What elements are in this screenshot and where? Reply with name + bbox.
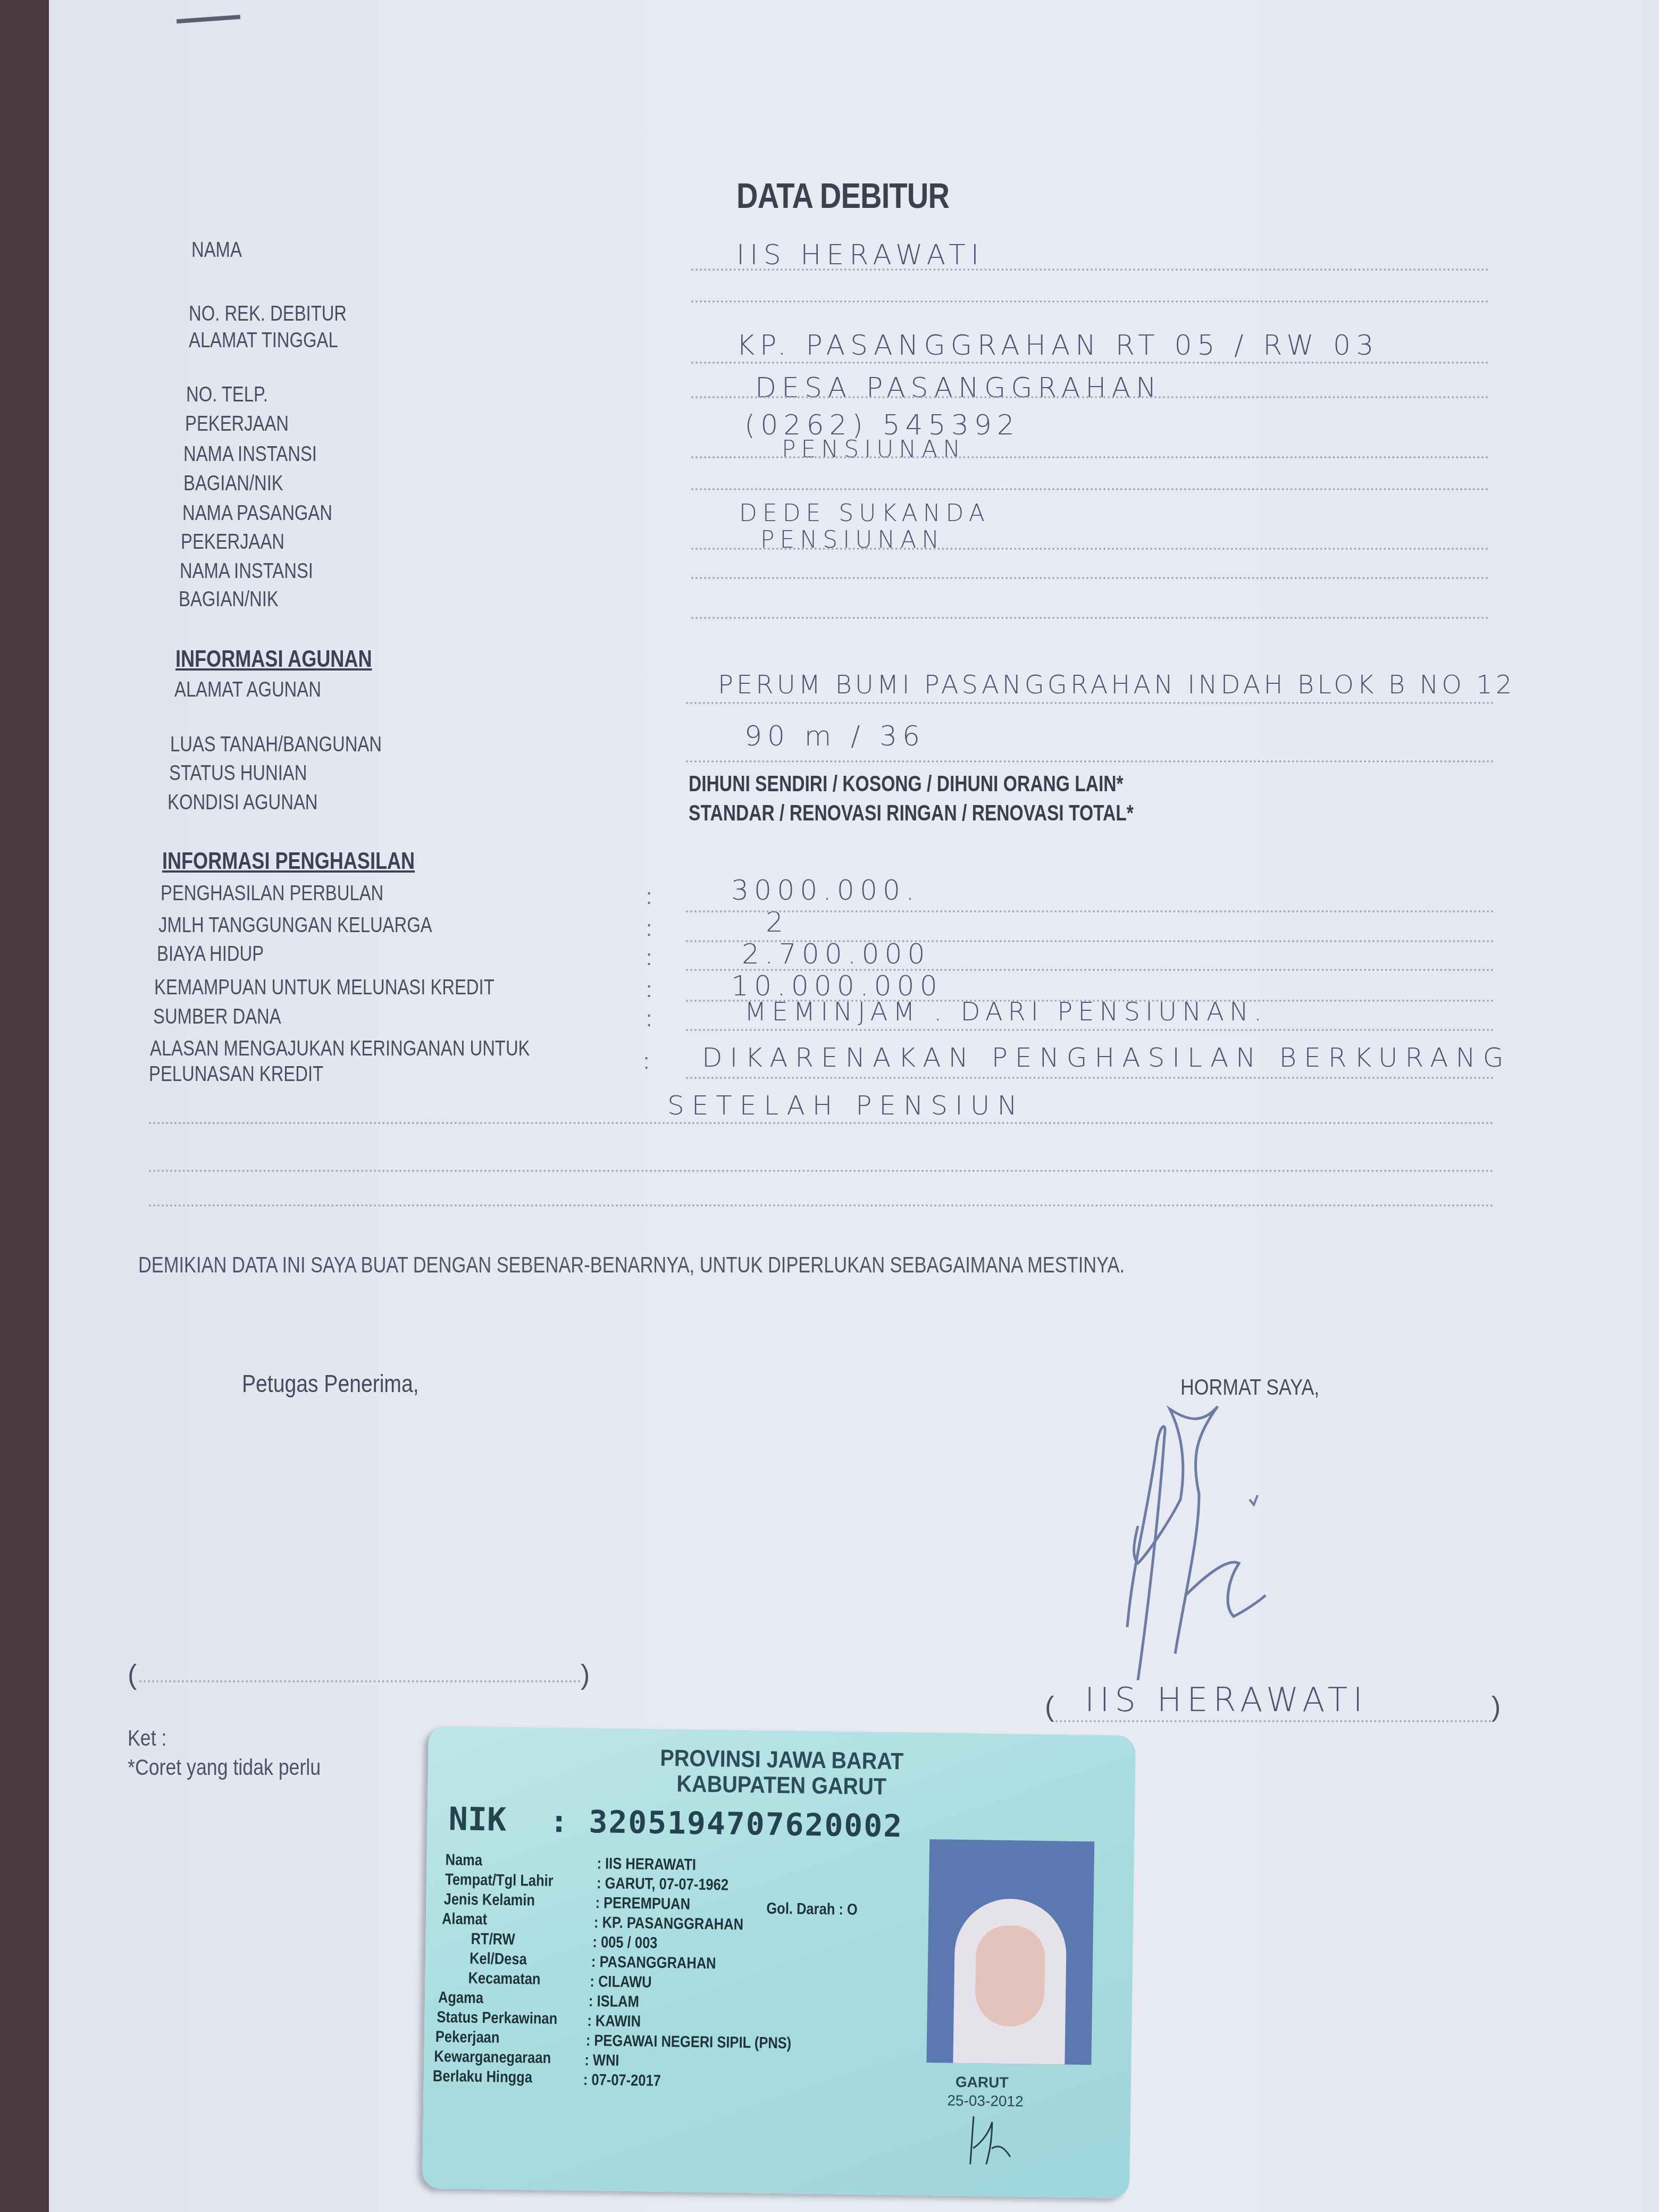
- label-instansi-pasangan: NAMA INSTANSI: [180, 559, 313, 583]
- label-perbulan: PENGHASILAN PERBULAN: [161, 882, 383, 906]
- field-line: [691, 488, 1489, 490]
- pen-mark: [177, 15, 240, 23]
- label-tanggungan: JMLH TANGGUNGAN KELUARGA: [158, 914, 432, 937]
- label-luas: LUAS TANAH/BANGUNAN: [170, 733, 382, 757]
- label-pelunasan: PELUNASAN KREDIT: [149, 1062, 323, 1086]
- ktp-field-label: Jenis Kelamin: [443, 1890, 535, 1909]
- ktp-field-value: : KP. PASANGGRAHAN: [594, 1914, 743, 1934]
- colon: :: [643, 1050, 649, 1074]
- ktp-field-label: Berlaku Hingga: [433, 2067, 533, 2087]
- ktp-blood-type: Gol. Darah : O: [766, 1900, 858, 1919]
- ktp-field-label: Tempat/Tgl Lahir: [445, 1871, 554, 1890]
- ktp-field-label: Kewarganegaraan: [434, 2048, 551, 2067]
- label-nama: NAMA: [191, 238, 242, 262]
- label-bagian-pasangan: BAGIAN/NIK: [179, 588, 279, 611]
- value-status-hunian: DIHUNI SENDIRI / KOSONG / DIHUNI ORANG L…: [689, 771, 1124, 797]
- value-nama: IIS HERAWATI: [736, 239, 984, 271]
- petugas-signature-line: [139, 1680, 581, 1682]
- value-pekerjaan: PENSIUNAN: [782, 436, 966, 463]
- field-line: [691, 456, 1489, 458]
- signer-name: IIS HERAWATI: [1085, 1680, 1368, 1719]
- label-biaya-hidup: BIAYA HIDUP: [157, 942, 264, 966]
- petugas-penerima-label: Petugas Penerima,: [242, 1369, 419, 1398]
- ktp-field-value: : CILAWU: [590, 1973, 652, 1992]
- value-nama-pasangan: DEDE SUKANDA: [739, 500, 990, 527]
- petugas-bracket-open: (: [128, 1659, 137, 1691]
- ktp-field-value: : ISLAM: [589, 1992, 639, 2011]
- field-line: [691, 300, 1489, 303]
- declaration-statement: DEMIKIAN DATA INI SAYA BUAT DENGAN SEBEN…: [138, 1252, 1125, 1278]
- field-line: [686, 760, 1494, 763]
- photo-face: [975, 1925, 1045, 2027]
- label-nama-pasangan: NAMA PASANGAN: [182, 501, 332, 525]
- ktp-field-label: Nama: [445, 1851, 482, 1870]
- field-line: [686, 702, 1494, 704]
- colon: :: [646, 1008, 652, 1032]
- ktp-field-value: : WNI: [584, 2051, 619, 2070]
- signature-image: [1106, 1404, 1351, 1691]
- label-alamat-agunan: ALAMAT AGUNAN: [174, 678, 321, 702]
- ktp-field-label: Kel/Desa: [470, 1950, 527, 1969]
- field-line: [149, 1204, 1494, 1206]
- field-line: [686, 910, 1494, 912]
- section-penghasilan-heading: INFORMASI PENGHASILAN: [162, 848, 415, 875]
- field-line: [691, 269, 1489, 271]
- value-perbulan: 3000.000.: [731, 875, 920, 907]
- label-sumber-dana: SUMBER DANA: [153, 1005, 281, 1029]
- value-alamat-2: DESA PASANGGRAHAN: [755, 372, 1162, 404]
- colon: :: [646, 978, 652, 1002]
- ktp-field-label: Kecamatan: [468, 1970, 541, 1989]
- field-line: [149, 1122, 1494, 1124]
- petugas-bracket-close: ): [581, 1659, 590, 1691]
- ktp-field-value: : GARUT, 07-07-1962: [597, 1874, 728, 1894]
- signer-bracket-open: (: [1045, 1691, 1054, 1723]
- ktp-field-label: Pekerjaan: [435, 2028, 500, 2047]
- field-line: [686, 1077, 1494, 1079]
- ktp-field-label: Alamat: [442, 1910, 488, 1929]
- ket-note: *Coret yang tidak perlu: [128, 1755, 321, 1780]
- ktp-issue-date: 25-03-2012: [947, 2092, 1024, 2110]
- label-kemampuan: KEMAMPUAN UNTUK MELUNASI KREDIT: [154, 976, 495, 1000]
- ktp-field-value: : 005 / 003: [592, 1933, 657, 1953]
- field-line: [686, 1029, 1494, 1031]
- ktp-field-value: : IIS HERAWATI: [597, 1855, 696, 1874]
- ket-label: Ket :: [128, 1725, 166, 1751]
- section-agunan-heading: INFORMASI AGUNAN: [175, 646, 372, 673]
- ktp-field-label: RT/RW: [471, 1930, 515, 1949]
- value-alasan-1: DIKARENAKAN PENGHASILAN BERKURANG: [702, 1042, 1511, 1073]
- ktp-field-value: : 07-07-2017: [583, 2071, 661, 2090]
- value-kondisi: STANDAR / RENOVASI RINGAN / RENOVASI TOT…: [689, 800, 1134, 826]
- field-line: [686, 1000, 1494, 1002]
- ktp-signature: [960, 2111, 1041, 2171]
- ktp-nik-label: NIK: [448, 1800, 506, 1839]
- ktp-field-value: : PEGAWAI NEGERI SIPIL (PNS): [586, 2032, 792, 2052]
- label-nama-instansi: NAMA INSTANSI: [183, 442, 317, 466]
- label-pekerjaan: PEKERJAAN: [185, 412, 289, 436]
- page-title: DATA DEBITUR: [736, 175, 949, 216]
- value-alamat-agunan: PERUM BUMI PASANGGRAHAN INDAH BLOK B NO …: [718, 670, 1515, 700]
- label-telp: NO. TELP.: [186, 383, 268, 407]
- label-pekerjaan-pasangan: PEKERJAAN: [181, 530, 284, 554]
- value-biaya-hidup: 2.700.000: [742, 939, 931, 970]
- ktp-issue-city: GARUT: [956, 2074, 1009, 2091]
- ktp-field-value: : PASANGGRAHAN: [591, 1953, 716, 1973]
- ktp-field-label: Agama: [438, 1989, 484, 2007]
- label-no-rek: NO. REK. DEBITUR: [189, 302, 347, 326]
- label-alamat: ALAMAT TINGGAL: [189, 329, 338, 353]
- label-kondisi: KONDISI AGUNAN: [167, 791, 318, 815]
- field-line: [686, 969, 1494, 971]
- value-alamat-1: KP. PASANGGRAHAN RT 05 / RW 03: [736, 330, 1379, 362]
- ktp-nik-value: : 3205194707620002: [549, 1803, 903, 1844]
- hormat-saya-label: HORMAT SAYA,: [1180, 1375, 1319, 1400]
- colon: :: [646, 885, 652, 909]
- label-alasan: ALASAN MENGAJUKAN KERINGANAN UNTUK: [150, 1037, 530, 1061]
- colon: :: [646, 946, 652, 970]
- field-line: [691, 396, 1489, 398]
- field-line: [691, 548, 1489, 550]
- ktp-field-value: : KAWIN: [587, 2012, 641, 2031]
- value-alasan-2: SETELAH PENSIUN: [667, 1090, 1025, 1121]
- ktp-field-label: Status Perkawinan: [437, 2008, 557, 2028]
- field-line: [691, 577, 1489, 579]
- label-status-hunian: STATUS HUNIAN: [169, 761, 307, 785]
- label-bagian-nik: BAGIAN/NIK: [183, 472, 283, 496]
- ktp-photo: [926, 1839, 1094, 2065]
- ktp-id-card: PROVINSI JAWA BARAT KABUPATEN GARUT NIK …: [422, 1726, 1136, 2198]
- ktp-field-value: : PEREMPUAN: [595, 1894, 690, 1913]
- field-line: [691, 362, 1489, 364]
- signer-line: [1055, 1720, 1492, 1722]
- field-line: [149, 1170, 1494, 1172]
- field-line: [691, 617, 1489, 619]
- field-line: [686, 940, 1494, 942]
- colon: :: [646, 917, 652, 941]
- value-luas: 90 m / 36: [744, 720, 925, 752]
- signer-bracket-close: ): [1492, 1691, 1501, 1723]
